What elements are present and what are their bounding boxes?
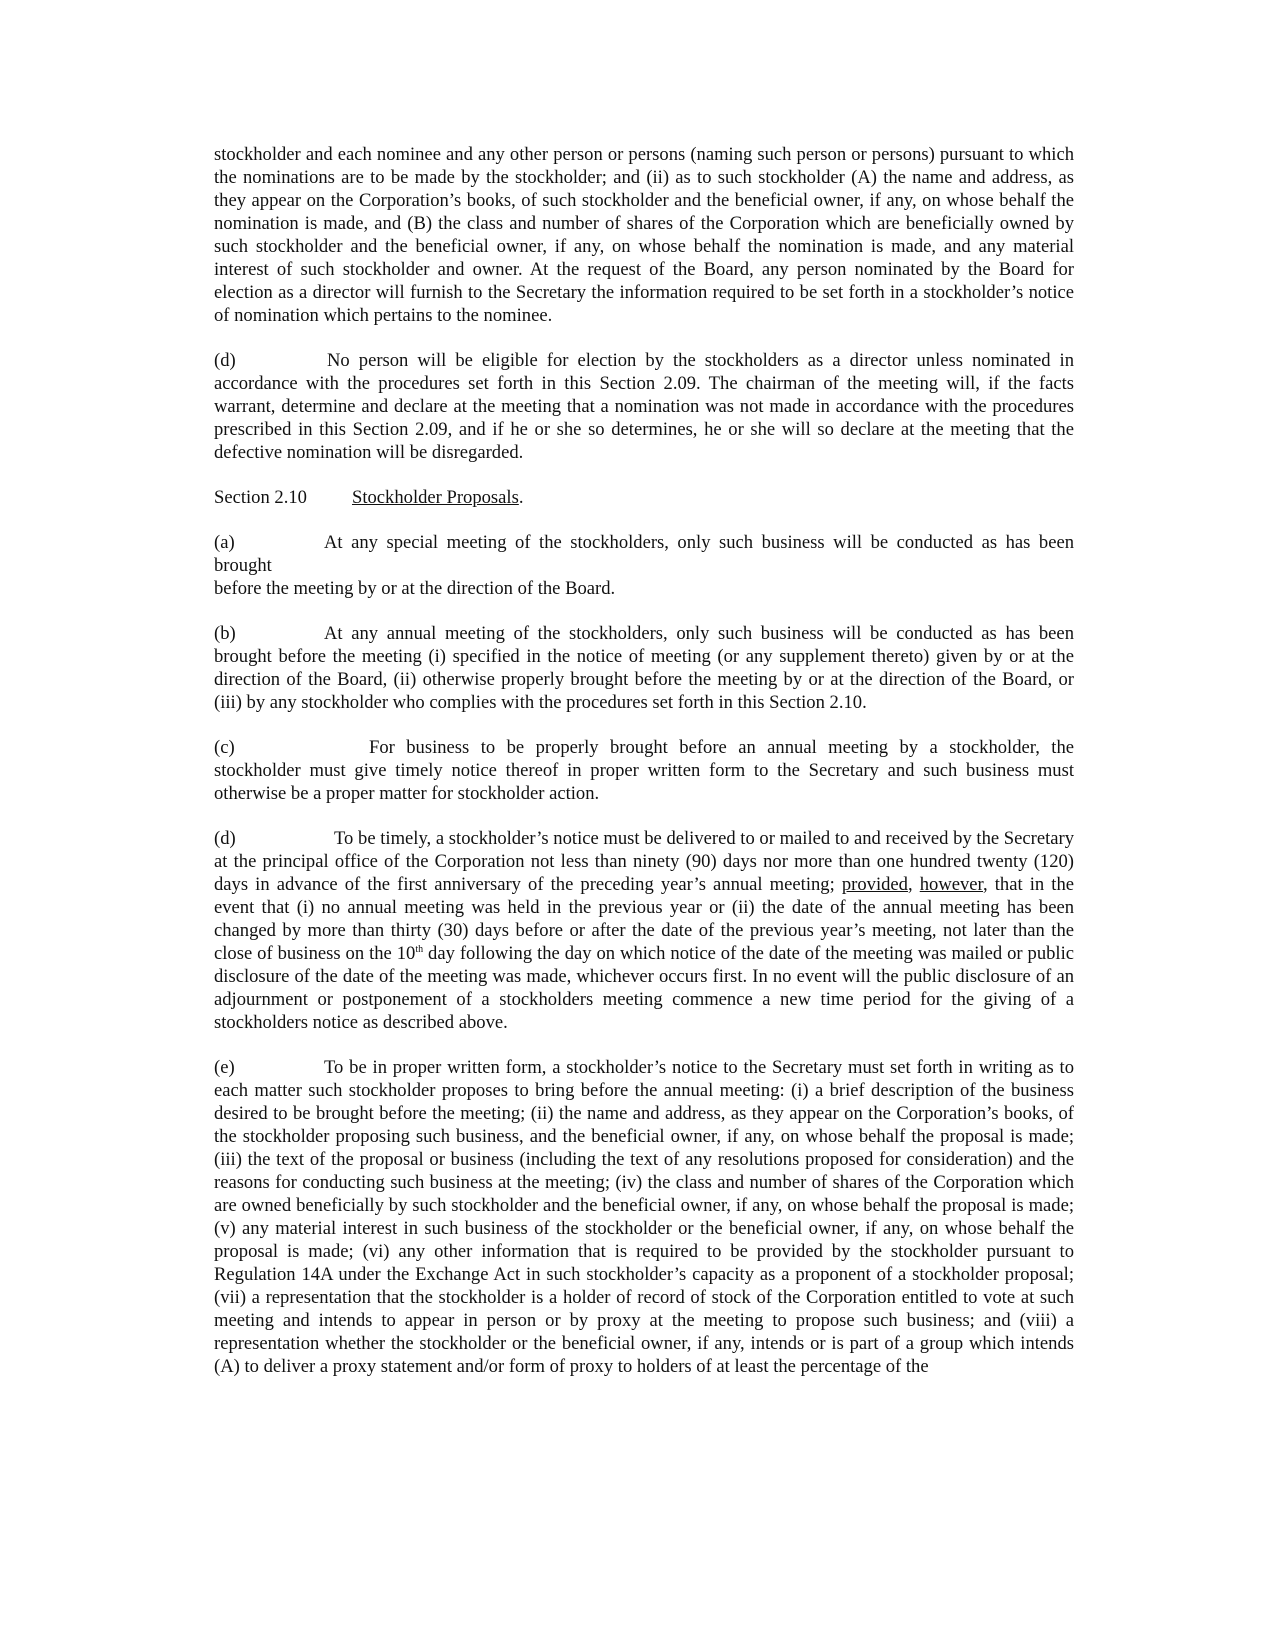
paragraph-text: No person will be eligible for election …: [214, 350, 1074, 463]
ordinal-superscript: th: [415, 944, 423, 955]
paragraph-d: (d)To be timely, a stockholder’s notice …: [214, 827, 1074, 1034]
section-2-09-paragraph-d: (d)No person will be eligible for electi…: [214, 349, 1074, 464]
paragraph-label: (d): [214, 827, 334, 850]
paragraph-label: (e): [214, 1056, 324, 1079]
paragraph-label: (b): [214, 622, 324, 645]
separator: ,: [908, 874, 920, 895]
paragraph-label: (d): [214, 349, 327, 372]
underlined-provided: provided: [842, 874, 908, 895]
paragraph-text: To be in proper written form, a stockhol…: [214, 1057, 1074, 1377]
section-heading: Section 2.10Stockholder Proposals.: [214, 486, 1074, 509]
paragraph-b: (b)At any annual meeting of the stockhol…: [214, 622, 1074, 714]
paragraph-a-line2: before the meeting by or at the directio…: [214, 577, 1074, 600]
continuation-paragraph: stockholder and each nominee and any oth…: [214, 143, 1074, 327]
paragraph-a: (a)At any special meeting of the stockho…: [214, 531, 1074, 600]
section-title-suffix: .: [519, 487, 524, 508]
section-title: Stockholder Proposals: [352, 487, 519, 508]
paragraph-text: At any annual meeting of the stockholder…: [214, 623, 1074, 713]
paragraph-c: (c)For business to be properly brought b…: [214, 736, 1074, 805]
underlined-however: however: [920, 874, 983, 895]
document-page: stockholder and each nominee and any oth…: [214, 143, 1074, 1400]
paragraph-text: At any special meeting of the stockholde…: [214, 532, 1074, 576]
paragraph-label: (a): [214, 531, 324, 554]
paragraph-a-line1: (a)At any special meeting of the stockho…: [214, 531, 1074, 577]
paragraph-label: (c): [214, 736, 369, 759]
paragraph-e: (e)To be in proper written form, a stock…: [214, 1056, 1074, 1378]
section-number: Section 2.10: [214, 486, 352, 509]
